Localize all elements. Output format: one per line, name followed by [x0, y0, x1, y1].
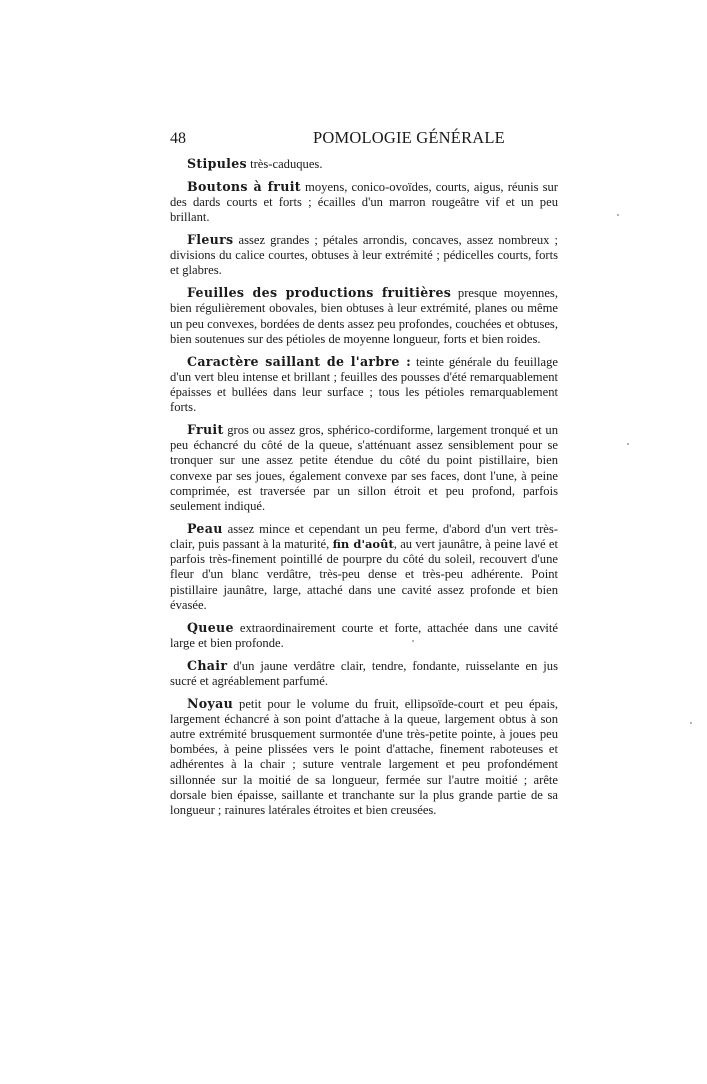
paragraph-queue: Queue extraordinairement courte et forte…: [170, 620, 558, 651]
scan-speck: [627, 443, 629, 445]
paragraph-caractere: Caractère saillant de l'arbre : teinte g…: [170, 354, 558, 416]
paragraph-peau: Peau assez mince et cependant un peu fer…: [170, 521, 558, 613]
scan-speck: [690, 722, 692, 724]
paragraph-fleurs: Fleurs assez grandes ; pétales arrondis,…: [170, 232, 558, 279]
term-queue: Queue: [187, 620, 234, 635]
book-page: 48 POMOLOGIE GÉNÉRALE Stipules très-cadu…: [170, 128, 558, 825]
scan-speck: [412, 640, 414, 642]
description-text: d'un jaune verdâtre clair, tendre, fonda…: [170, 659, 558, 688]
term-boutons-a-fruit: Boutons à fruit: [187, 179, 301, 194]
page-header: 48 POMOLOGIE GÉNÉRALE: [170, 128, 558, 154]
term-caractere: Caractère saillant de l'arbre :: [187, 354, 411, 369]
term-stipules: Stipules: [187, 156, 247, 171]
description-text: gros ou assez gros, sphérico-cordiforme,…: [170, 423, 558, 513]
page-number: 48: [170, 130, 270, 148]
description-text: très-caduques.: [247, 157, 323, 171]
term-peau: Peau: [187, 521, 223, 536]
paragraph-boutons-a-fruit: Boutons à fruit moyens, conico-ovoïdes, …: [170, 179, 558, 226]
scan-speck: [545, 627, 547, 629]
paragraph-stipules: Stipules très-caduques.: [170, 156, 558, 172]
description-text: petit pour le volume du fruit, ellipsoïd…: [170, 697, 558, 817]
running-title: POMOLOGIE GÉNÉRALE: [313, 128, 505, 148]
term-fruit: Fruit: [187, 422, 224, 437]
maturity-date: fin d'août: [333, 537, 394, 551]
term-noyau: Noyau: [187, 696, 233, 711]
term-feuilles: Feuilles des productions fruitières: [187, 285, 451, 300]
paragraph-fruit: Fruit gros ou assez gros, sphérico-cordi…: [170, 422, 558, 514]
paragraph-chair: Chair d'un jaune verdâtre clair, tendre,…: [170, 658, 558, 689]
term-fleurs: Fleurs: [187, 232, 233, 247]
paragraph-noyau: Noyau petit pour le volume du fruit, ell…: [170, 696, 558, 819]
scan-speck: [617, 214, 619, 216]
term-chair: Chair: [187, 658, 227, 673]
paragraph-feuilles: Feuilles des productions fruitières pres…: [170, 285, 558, 347]
